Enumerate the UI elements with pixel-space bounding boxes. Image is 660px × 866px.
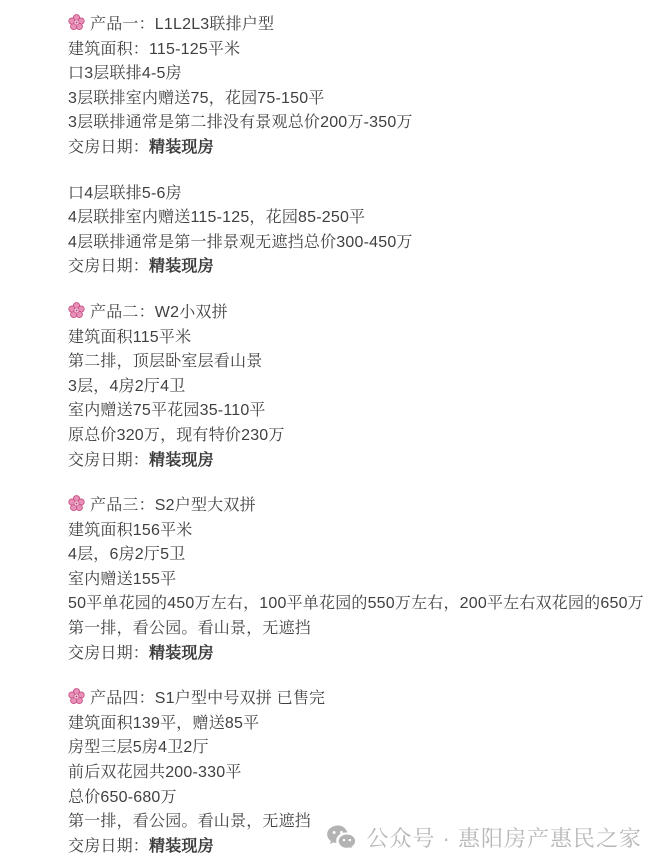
article-line: 4层，6房2厅5卫 [68, 543, 640, 568]
line-text: 4层联排通常是第一排景观无遮挡总价300-450万 [68, 234, 413, 251]
article-line: 4层联排通常是第一排景观无遮挡总价300-450万 [68, 231, 640, 256]
line-text: 产品一：L1L2L3联排户型 [90, 16, 274, 33]
article-line: 第二排，顶层卧室层看山景 [68, 350, 640, 375]
line-text: 交房日期： [68, 258, 149, 275]
line-text: 第一排，看公园。看山景，无遮挡 [68, 620, 311, 637]
line-text: 4层，6房2厅5卫 [68, 546, 185, 563]
article-line: 交房日期：精装现房 [68, 642, 640, 667]
line-text: 3层联排通常是第二排没有景观总价200万-350万 [68, 114, 413, 131]
line-text: 前后双花园共200-330平 [68, 764, 242, 781]
article-line: 室内赠送75平花园35-110平 [68, 399, 640, 424]
flower-icon [68, 14, 85, 31]
flower-icon [68, 688, 85, 705]
line-text: 室内赠送75平花园35-110平 [68, 402, 266, 419]
article-line: 第一排，看公园。看山景，无遮挡 [68, 617, 640, 642]
article-line: 建筑面积115平米 [68, 326, 640, 351]
flower-icon [68, 302, 85, 319]
line-text: 建筑面积156平米 [68, 522, 193, 539]
article-line: 4层联排室内赠送115-125，花园85-250平 [68, 206, 640, 231]
article-line: 产品三：S2户型大双拼 [68, 494, 640, 519]
line-text: 交房日期： [68, 452, 149, 469]
line-text: 口4层联排5-6房 [68, 185, 182, 202]
line-text: 建筑面积：115-125平米 [68, 41, 240, 58]
article-line: 口3层联排4-5房 [68, 62, 640, 87]
wechat-icon [326, 824, 357, 851]
article-line: 3层联排通常是第二排没有景观总价200万-350万 [68, 111, 640, 136]
line-text: 口3层联排4-5房 [68, 65, 182, 82]
article-line: 建筑面积156平米 [68, 519, 640, 544]
article-line: 总价650-680万 [68, 786, 640, 811]
watermark-text: 公众号 · 惠阳房产惠民之家 [366, 822, 642, 853]
article-line: 交房日期：精装现房 [68, 449, 640, 474]
line-bold-text: 精装现房 [149, 139, 214, 156]
watermark: 公众号 · 惠阳房产惠民之家 [326, 822, 642, 853]
article-line: 交房日期：精装现房 [68, 136, 640, 161]
line-text: 4层联排室内赠送115-125，花园85-250平 [68, 209, 365, 226]
line-text: 原总价320万，现有特价230万 [68, 427, 285, 444]
line-bold-text: 精装现房 [149, 645, 214, 662]
article-line: 原总价320万，现有特价230万 [68, 424, 640, 449]
article-line: 口4层联排5-6房 [68, 182, 640, 207]
article-body: 产品一：L1L2L3联排户型建筑面积：115-125平米口3层联排4-5房3层联… [0, 0, 660, 859]
article-line: 房型三层5房4卫2厅 [68, 736, 640, 761]
line-text: 第二排，顶层卧室层看山景 [68, 353, 262, 370]
line-text: 产品三：S2户型大双拼 [90, 497, 256, 514]
article-line: 交房日期：精装现房 [68, 255, 640, 280]
line-text: 50平单花园的450万左右，100平单花园的550万左右，200平左右双花园的6… [68, 595, 644, 612]
article-line: 3层联排室内赠送75，花园75-150平 [68, 87, 640, 112]
line-text: 总价650-680万 [68, 789, 177, 806]
article-line: 建筑面积139平，赠送85平 [68, 712, 640, 737]
line-text: 产品二：W2小双拼 [90, 304, 228, 321]
line-bold-text: 精装现房 [149, 452, 214, 469]
line-text: 3层，4房2厅4卫 [68, 378, 185, 395]
article-line: 前后双花园共200-330平 [68, 761, 640, 786]
article-line: 产品四：S1户型中号双拼 已售完 [68, 687, 640, 712]
article-line: 产品二：W2小双拼 [68, 301, 640, 326]
article-line: 建筑面积：115-125平米 [68, 38, 640, 63]
line-text: 第一排，看公园。看山景，无遮挡 [68, 813, 311, 830]
line-bold-text: 精装现房 [149, 838, 214, 855]
line-text: 交房日期： [68, 838, 149, 855]
article-line: 50平单花园的450万左右，100平单花园的550万左右，200平左右双花园的6… [68, 592, 640, 617]
article-line: 室内赠送155平 [68, 568, 640, 593]
line-text: 房型三层5房4卫2厅 [68, 739, 209, 756]
line-text: 3层联排室内赠送75，花园75-150平 [68, 90, 325, 107]
line-bold-text: 精装现房 [149, 258, 214, 275]
article-line: 产品一：L1L2L3联排户型 [68, 13, 640, 38]
line-text: 交房日期： [68, 139, 149, 156]
flower-icon [68, 495, 85, 512]
line-text: 建筑面积139平，赠送85平 [68, 715, 259, 732]
line-text: 产品四：S1户型中号双拼 已售完 [90, 690, 325, 707]
line-text: 交房日期： [68, 645, 149, 662]
article-line: 3层，4房2厅4卫 [68, 375, 640, 400]
line-text: 建筑面积115平米 [68, 329, 191, 346]
line-text: 室内赠送155平 [68, 571, 176, 588]
